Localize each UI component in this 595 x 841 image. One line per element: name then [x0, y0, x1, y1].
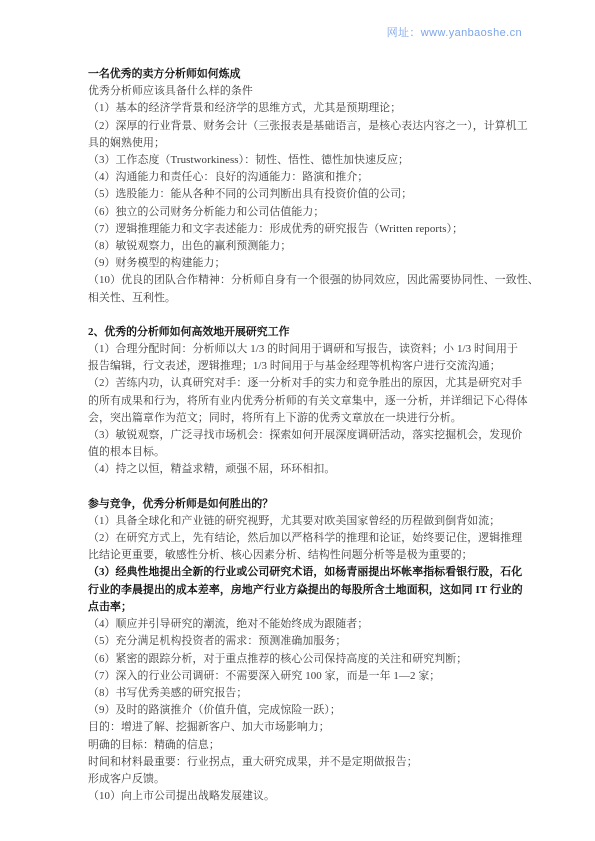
- section-heading: 参与竞争，优秀分析师是如何胜出的？: [88, 496, 550, 513]
- text-line: 值的根本目标。: [88, 444, 550, 461]
- doc-section: 2、优秀的分析师如何高效地开展研究工作（1）合理分配时间：分析师以大 1/3 的…: [88, 324, 550, 479]
- text-line: 的所有成果和行为，将所有业内优秀分析师的有关文章集中，逐一分析，并详细记下心得体: [88, 393, 550, 410]
- text-line: 优秀分析师应该具备什么样的条件: [88, 83, 550, 100]
- text-line: （7）深入的行业公司调研：不需要深入研究 100 家，而是一年 1—2 家；: [88, 668, 550, 685]
- text-line: 点击率；: [88, 599, 550, 616]
- text-line: （7）逻辑推理能力和文字表述能力：形成优秀的研究报告（Written repor…: [88, 221, 550, 238]
- document-body: 一名优秀的卖方分析师如何炼成优秀分析师应该具备什么样的条件（1）基本的经济学背景…: [88, 66, 550, 805]
- text-line: （10）向上市公司提出战略发展建议。: [88, 788, 550, 805]
- text-line: （9）财务模型的构建能力；: [88, 255, 550, 272]
- text-line: 具的娴熟使用；: [88, 135, 550, 152]
- doc-section: 一名优秀的卖方分析师如何炼成优秀分析师应该具备什么样的条件（1）基本的经济学背景…: [88, 66, 550, 307]
- text-line: （3）工作态度（Trustworkiness）：韧性、悟性、德性加快速反应；: [88, 152, 550, 169]
- text-line: （2）在研究方式上，先有结论，然后加以严格科学的推理和论证，始终要记住，逻辑推理: [88, 530, 550, 547]
- text-line: （3）经典性地提出全新的行业或公司研究术语，如杨青丽提出坏帐率指标看银行股，石化: [88, 564, 550, 581]
- text-line: 比结论更重要，敏感性分析、核心因素分析、结构性问题分析等是极为重要的；: [88, 547, 550, 564]
- text-line: 会，突出篇章作为范文；同时，将所有上下游的优秀文章放在一块进行分析。: [88, 410, 550, 427]
- text-line: （4）沟通能力和责任心：良好的沟通能力：路演和推介；: [88, 169, 550, 186]
- text-line: （3）敏锐观察，广泛寻找市场机会：探索如何开展深度调研活动，落实挖掘机会，发现价: [88, 427, 550, 444]
- text-line: （1）基本的经济学背景和经济学的思维方式，尤其是预期理论；: [88, 100, 550, 117]
- text-line: 形成客户反馈。: [88, 771, 550, 788]
- text-line: 报告编辑，行文表述，逻辑推理；1/3 时间用于与基金经理等机构客户进行交流沟通；: [88, 358, 550, 375]
- text-line: （4）顺应并引导研究的潮流，绝对不能始终成为跟随者；: [88, 616, 550, 633]
- document-page: 网址：www.yanbaoshe.cn 一名优秀的卖方分析师如何炼成优秀分析师应…: [0, 0, 595, 841]
- text-line: 时间和材料最重要：行业拐点，重大研究成果，并不是定期做报告；: [88, 754, 550, 771]
- section-heading: 一名优秀的卖方分析师如何炼成: [88, 66, 550, 83]
- text-line: 明确的目标：精确的信息；: [88, 737, 550, 754]
- text-line: 相关性、互利性。: [88, 290, 550, 307]
- text-line: （2）苦练内功，认真研究对手：逐一分析对手的实力和竞争胜出的原因，尤其是研究对手: [88, 375, 550, 392]
- doc-section: 参与竞争，优秀分析师是如何胜出的？（1）具备全球化和产业链的研究视野，尤其要对欧…: [88, 496, 550, 806]
- text-line: （8）敏锐观察力，出色的赢利预测能力；: [88, 238, 550, 255]
- text-line: （1）合理分配时间：分析师以大 1/3 的时间用于调研和写报告，读资料；小 1/…: [88, 341, 550, 358]
- text-line: （2）深厚的行业背景、财务会计（三张报表是基础语言，是核心表达内容之一），计算机…: [88, 118, 550, 135]
- site-url-label: 网址：www.yanbaoshe.cn: [0, 24, 522, 40]
- text-line: （8）书写优秀美感的研究报告；: [88, 685, 550, 702]
- text-line: （4）持之以恒，精益求精，顽强不屈，环环相扣。: [88, 461, 550, 478]
- text-line: （6）紧密的跟踪分析，对于重点推荐的核心公司保持高度的关注和研究判断；: [88, 651, 550, 668]
- text-line: （6）独立的公司财务分析能力和公司估值能力；: [88, 204, 550, 221]
- text-line: （10）优良的团队合作精神：分析师自身有一个很强的协同效应，因此需要协同性、一致…: [88, 272, 550, 289]
- text-line: （5）充分满足机构投资者的需求：预测准确加服务；: [88, 633, 550, 650]
- section-heading: 2、优秀的分析师如何高效地开展研究工作: [88, 324, 550, 341]
- text-line: （5）选股能力：能从各种不同的公司判断出具有投资价值的公司；: [88, 186, 550, 203]
- text-line: （9）及时的路演推介（价值升值，完成惊险一跃）；: [88, 702, 550, 719]
- text-line: （1）具备全球化和产业链的研究视野，尤其要对欧美国家曾经的历程做到倒背如流；: [88, 513, 550, 530]
- text-line: 目的：增进了解、挖掘新客户、加大市场影响力；: [88, 719, 550, 736]
- text-line: 行业的李晨提出的成本差率，房地产行业方焱提出的每股所含土地面积，这如同 IT 行…: [88, 582, 550, 599]
